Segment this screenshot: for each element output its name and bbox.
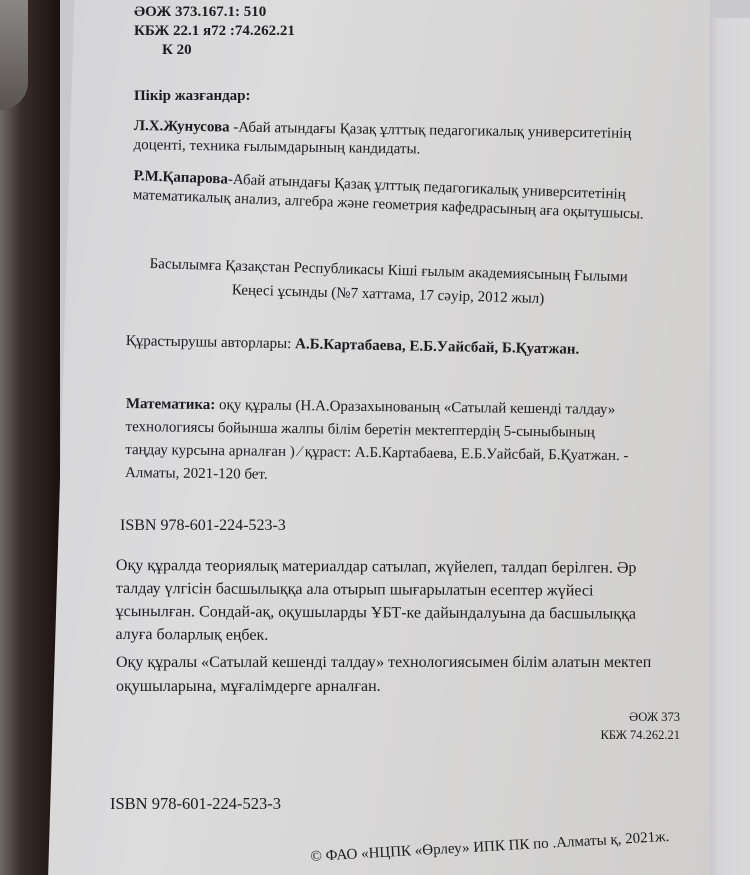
audience-line: Оқу құралы «Сатылай кешенді талдау» техн… xyxy=(116,651,651,675)
audience-note: Оқу құралы «Сатылай кешенді талдау» техн… xyxy=(116,651,651,699)
reviewer-name: Л.Х.Жунусова xyxy=(134,118,230,136)
udc-short-code: ӘОЖ 373 xyxy=(560,708,680,726)
approval-note: Басылымға Қазақстан Республикасы Кіші ғы… xyxy=(149,252,628,313)
compilers-label: Құрастырушы авторлары: xyxy=(126,333,296,352)
reviewer-entry: Л.Х.Жунусова -Абай атындағы Қазақ ұлттық… xyxy=(133,117,631,163)
copyright-line: © ФАО «НЦПК «Өрлеу» ИПК ПК по .Алматы қ,… xyxy=(310,828,670,866)
lbc-code: КБЖ 22.1 я72 :74.262.21 xyxy=(134,22,295,41)
reviewer-entry: Р.М.Қапарова-Абай атындағы Қазақ ұлттық … xyxy=(133,167,645,225)
isbn-bottom: ISBN 978-601-224-523-3 xyxy=(110,795,281,813)
compilers-names: А.Б.Картабаева, Е.Б.Уайсбай, Б.Қуатжан. xyxy=(295,336,579,357)
biblio-line: оқу құралы (Н.А.Оразахынованың «Сатылай … xyxy=(215,397,615,418)
lbc-short-code: КБЖ 74.262.21 xyxy=(560,726,680,744)
audience-line: оқушыларына, мұғалімдерге арналған. xyxy=(116,675,651,699)
isbn-top: ISBN 978-601-224-523-3 xyxy=(120,517,286,535)
abstract-line: ұсынылған. Сондай-ақ, оқушыларды ҰБТ-ке … xyxy=(116,600,637,626)
abstract-line: алуға боларлық еңбек. xyxy=(116,623,637,649)
classification-block: ӘОЖ 373.167.1: 510 КБЖ 22.1 я72 :74.262.… xyxy=(134,3,295,60)
reviewers-heading: Пікір жазғандар: xyxy=(134,87,251,105)
abstract-line: Оқу құралда теориялық материалдар сатыла… xyxy=(116,554,637,580)
classification-short: ӘОЖ 373 КБЖ 74.262.21 xyxy=(560,708,680,744)
author-mark: К 20 xyxy=(134,41,295,60)
compilers-line: Құрастырушы авторлары: А.Б.Картабаева, Е… xyxy=(126,332,580,359)
reviewer-name: Р.М.Қапарова xyxy=(133,168,228,188)
abstract-line: талдау үлгісін басшылыққа ала отырып шығ… xyxy=(116,577,637,603)
book-title: Математика: xyxy=(126,396,216,413)
abstract: Оқу құралда теориялық материалдар сатыла… xyxy=(116,554,637,649)
bibliographic-record: Математика: оқу құралы (Н.А.Оразахынован… xyxy=(125,393,629,491)
udc-code: ӘОЖ 373.167.1: 510 xyxy=(134,3,295,22)
page-content: ӘОЖ 373.167.1: 510 КБЖ 22.1 я72 :74.262.… xyxy=(0,0,750,875)
